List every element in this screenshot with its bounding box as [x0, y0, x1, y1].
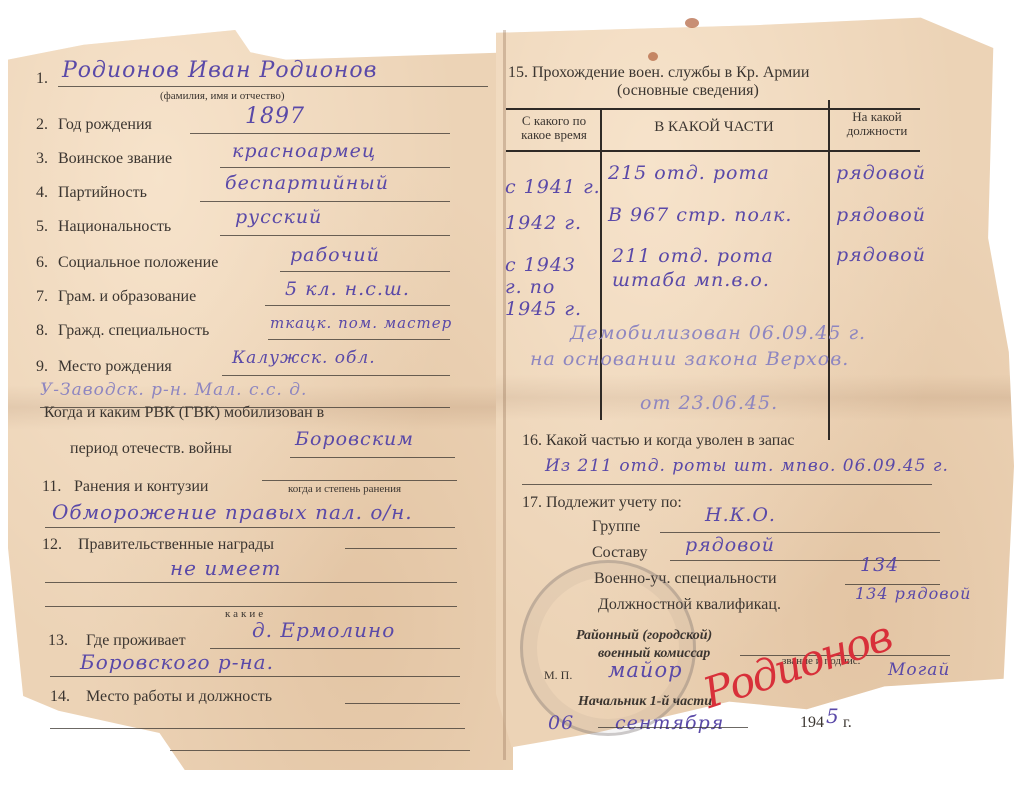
- underline: [50, 676, 460, 677]
- field-2-value: 1897: [245, 104, 305, 129]
- table-header-period: С какого по какое время: [510, 114, 598, 142]
- underline: [280, 271, 450, 272]
- field-17-label: 17. Подлежит учету по:: [522, 494, 682, 512]
- table-col-divider: [600, 110, 602, 420]
- field-13-num: 13.: [48, 632, 68, 650]
- field-3-label: Воинское звание: [58, 150, 172, 168]
- field-9-num: 9.: [36, 358, 48, 376]
- underline: [200, 201, 450, 202]
- chief-label: Начальник 1-й части: [578, 694, 712, 710]
- date-year-digit: 5: [826, 704, 840, 728]
- field-7-label: Грам. и образование: [58, 288, 196, 306]
- field-4-num: 4.: [36, 184, 48, 202]
- row-3-period: с 1943 г. по 1945 г.: [505, 254, 595, 320]
- field-1-value: Родионов Иван Родионов: [62, 58, 377, 83]
- field-8-value: ткацк. пом. мастер: [270, 314, 452, 332]
- field-8-num: 8.: [36, 322, 48, 340]
- row-3-position: рядовой: [836, 244, 926, 266]
- section-15-subtitle: (основные сведения): [617, 82, 759, 100]
- underline: [58, 86, 488, 87]
- field-1-num: 1.: [36, 70, 48, 88]
- field-11-value: Обморожение правых пал. о/н.: [52, 500, 413, 524]
- field-12-value: не имеет: [170, 556, 281, 580]
- field-16-value: Из 211 отд. роты шт. мпво. 06.09.45 г.: [545, 456, 949, 476]
- field-10-value: Боровским: [295, 428, 414, 450]
- demob-note-2: на основании закона Верхов.: [530, 348, 849, 370]
- field-11-caption: когда и степень ранения: [288, 483, 401, 495]
- field-13-value: д. Ермолино: [252, 618, 395, 642]
- underline: [265, 305, 450, 306]
- date-suffix: г.: [843, 714, 852, 732]
- table-header-position: На какой должности: [834, 110, 920, 138]
- underline: [598, 727, 748, 728]
- demob-note-3: от 23.06.45.: [640, 392, 778, 414]
- underline: [222, 375, 450, 376]
- fold-crease: [503, 30, 506, 760]
- date-year-prefix: 194: [800, 714, 824, 732]
- date-month: сентября: [615, 712, 724, 734]
- underline: [345, 548, 457, 549]
- underline: [522, 484, 932, 485]
- field-7-num: 7.: [36, 288, 48, 306]
- rank-value: майор: [608, 658, 683, 682]
- underline: [268, 339, 450, 340]
- field-6-value: рабочий: [290, 244, 380, 266]
- field-16-label: 16. Какой частью и когда уволен в запас: [522, 432, 795, 450]
- field-9-value-2: У-Заводск. р-н. Мал. с.с. д.: [40, 380, 307, 400]
- field-13-value-2: Боровского р-на.: [80, 650, 274, 674]
- row-1-position: рядовой: [836, 162, 926, 184]
- field-13-label: Где проживает: [86, 632, 186, 650]
- commissar-label-1: Районный (городской): [576, 628, 712, 644]
- field-10-label: Когда и каким РВК (ГВК) мобилизован в: [44, 404, 324, 422]
- stain: [685, 18, 699, 28]
- table-col-divider: [828, 100, 830, 440]
- group-label: Группе: [592, 518, 640, 536]
- stain: [648, 52, 658, 61]
- underline: [220, 235, 450, 236]
- row-3-unit: 211 отд. рота штаба мп.в.о.: [612, 244, 822, 292]
- table-header-unit: В КАКОЙ ЧАСТИ: [604, 120, 824, 134]
- underline: [50, 728, 465, 729]
- field-5-num: 5.: [36, 218, 48, 236]
- underline: [660, 532, 940, 533]
- field-1-caption: (фамилия, имя и отчество): [160, 90, 285, 102]
- field-10-label-2: период отечеств. войны: [70, 440, 232, 458]
- underline: [262, 480, 457, 481]
- field-9-label: Место рождения: [58, 358, 172, 376]
- demob-note-1: Демобилизован 06.09.45 г.: [570, 322, 866, 344]
- row-2-period: 1942 г.: [505, 212, 582, 234]
- section-15-title: 15. Прохождение воен. службы в Кр. Армии: [508, 64, 809, 82]
- field-12-label: Правительственные награды: [78, 536, 274, 554]
- field-2-label: Год рождения: [58, 116, 152, 134]
- underline: [220, 167, 450, 168]
- underline: [45, 606, 457, 607]
- field-7-value: 5 кл. н.с.ш.: [285, 278, 410, 300]
- field-6-num: 6.: [36, 254, 48, 272]
- military-specialty-value: 134: [860, 554, 899, 576]
- underline: [670, 560, 940, 561]
- underline: [45, 527, 455, 528]
- field-4-label: Партийность: [58, 184, 147, 202]
- field-5-label: Национальность: [58, 218, 171, 236]
- row-1-period: с 1941 г.: [505, 176, 601, 198]
- underline: [345, 703, 460, 704]
- row-2-unit: В 967 стр. полк.: [608, 204, 792, 226]
- field-3-num: 3.: [36, 150, 48, 168]
- date-day: 06: [548, 712, 574, 734]
- underline: [290, 457, 455, 458]
- composition-value: рядовой: [685, 534, 775, 556]
- field-3-value: красноармец: [232, 140, 376, 162]
- underline: [210, 648, 460, 649]
- field-2-num: 2.: [36, 116, 48, 134]
- mp-label: М. П.: [544, 668, 572, 683]
- row-2-position: рядовой: [836, 204, 926, 226]
- underline: [170, 750, 470, 751]
- field-8-label: Гражд. специальность: [58, 322, 209, 340]
- field-14-num: 14.: [50, 688, 70, 706]
- qualification-value: 134 рядовой: [855, 584, 971, 603]
- row-1-unit: 215 отд. рота: [608, 162, 770, 184]
- field-12-num: 12.: [42, 536, 62, 554]
- field-9-value: Калужск. обл.: [232, 348, 376, 368]
- field-6-label: Социальное положение: [58, 254, 218, 272]
- table-header-rule: [506, 150, 920, 152]
- field-14-label: Место работы и должность: [86, 688, 272, 706]
- field-4-value: беспартийный: [225, 172, 389, 194]
- field-11-label: Ранения и контузии: [74, 478, 208, 496]
- underline: [45, 582, 457, 583]
- underline: [190, 133, 450, 134]
- group-value: Н.К.О.: [705, 504, 776, 526]
- field-11-num: 11.: [42, 478, 61, 496]
- field-5-value: русский: [235, 206, 322, 228]
- signer-value: Могай: [888, 660, 950, 680]
